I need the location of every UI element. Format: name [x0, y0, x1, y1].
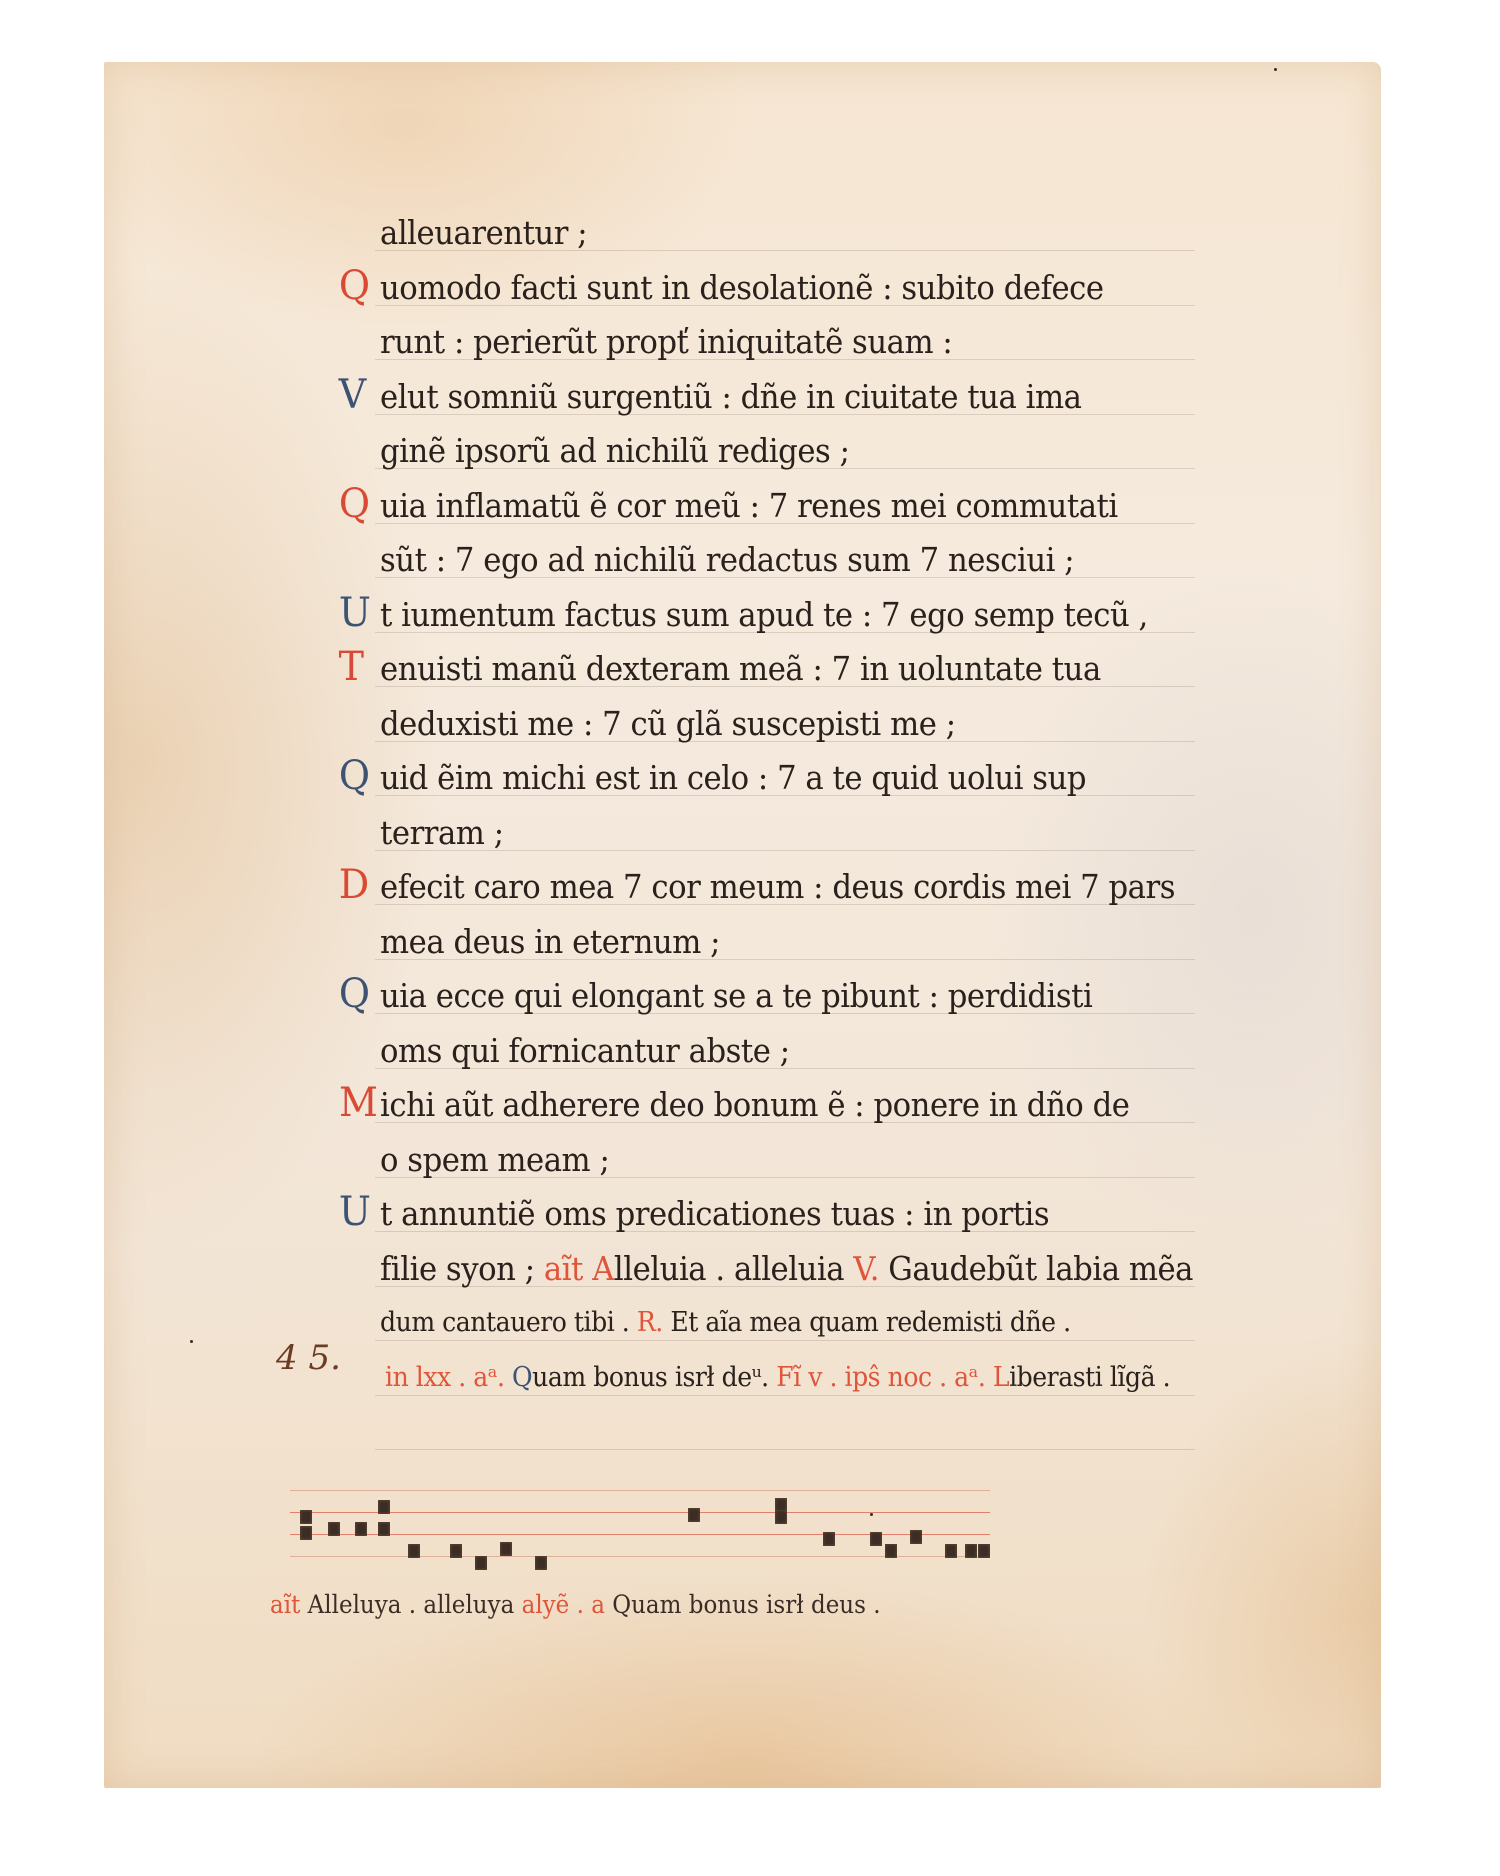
text-line: mea deus in eternum ; — [380, 917, 720, 967]
text-line: oms qui fornicantur abste ; — [380, 1026, 790, 1076]
neume-note — [965, 1544, 977, 1558]
text-line: alleuarentur ; — [380, 208, 587, 258]
ink-speck — [1274, 68, 1277, 71]
rubric-text: Fĩ v . ipŝ noc . aᵃ. L — [776, 1362, 1009, 1393]
text-segment: iberasti lĩgã . — [1009, 1362, 1170, 1393]
text-line: enuisti manũ dexteram meã : 7 in uolunta… — [380, 644, 1101, 694]
initial-letter-red: Q — [339, 261, 370, 311]
text-line: runt : perierũt propť iniquitatẽ suam : — [380, 317, 952, 367]
initial-letter-blue: Q — [339, 969, 370, 1019]
rubric-text: aĩt — [270, 1590, 308, 1619]
text-segment: dum cantauero tibi . — [380, 1307, 637, 1338]
text-line: t iumentum factus sum apud te : 7 ego se… — [380, 590, 1148, 640]
neume-note — [475, 1556, 487, 1570]
initial-letter-blue: U — [339, 1187, 371, 1237]
neume-note — [885, 1544, 897, 1558]
text-segment: Et aĩa mea quam redemisti dñe . — [670, 1307, 1070, 1338]
neume-note — [500, 1542, 512, 1556]
neume-note — [870, 1532, 882, 1546]
neume-note — [450, 1544, 462, 1558]
text-line: efecit caro mea 7 cor meum : deus cordis… — [380, 862, 1175, 912]
marginal-folio-note: 4 5. — [276, 1338, 341, 1378]
neume-note — [328, 1522, 340, 1536]
rubric-text: R. — [637, 1307, 670, 1338]
text-line: deduxisti me : 7 cũ glã suscepisti me ; — [380, 699, 956, 749]
staff-line — [290, 1512, 990, 1513]
text-line: t annuntiẽ oms predicationes tuas : in p… — [380, 1189, 1049, 1239]
initial-letter-red: D — [339, 860, 369, 910]
neume-note — [300, 1510, 312, 1524]
neume-note — [823, 1532, 835, 1546]
neume-note — [688, 1508, 700, 1522]
neume-note — [300, 1526, 312, 1540]
text-line: ginẽ ipsorũ ad nichilũ rediges ; — [380, 426, 849, 476]
ink-speck — [870, 1513, 873, 1516]
rubric-text: in lxx . aᵃ. — [385, 1362, 512, 1393]
initial-letter-red: T — [339, 642, 364, 692]
text-segment: Alleluya . alleluya — [308, 1590, 522, 1619]
text-line: uid ẽim michi est in celo : 7 a te quid … — [380, 753, 1086, 803]
ruling-line — [375, 1449, 1195, 1450]
initial-letter-blue: U — [339, 588, 371, 638]
text-segment: Quam bonus isrł deus . — [612, 1590, 880, 1619]
neume-note — [945, 1544, 957, 1558]
rubric-line: dum cantauero tibi . R. Et aĩa mea quam … — [380, 1298, 1071, 1348]
text-line: ichi aũt adherere deo bonum ẽ : ponere i… — [380, 1080, 1129, 1130]
text-segment: lleluia . alleluia — [614, 1249, 853, 1288]
text-segment: filie syon ; — [380, 1249, 544, 1288]
text-segment: Gaudebũt labia mẽa — [888, 1249, 1193, 1288]
ink-speck — [190, 1340, 193, 1343]
text-line: o spem meam ; — [380, 1135, 609, 1185]
text-line: terram ; — [380, 808, 504, 858]
chant-cue-line: aĩt Alleluya . alleluya alyẽ . a Quam bo… — [270, 1590, 881, 1619]
initial-letter-blue: Q — [339, 751, 370, 801]
initial-letter-blue: V — [339, 370, 366, 420]
text-line: elut somniũ surgentiũ : dñe in ciuitate … — [380, 372, 1081, 422]
neume-note — [910, 1530, 922, 1544]
neume-note — [378, 1522, 390, 1536]
neume-note — [978, 1544, 990, 1558]
neume-note — [408, 1544, 420, 1558]
text-segment: uam bonus isrł deᵘ. — [532, 1362, 776, 1393]
text-line: uia inflamatũ ẽ cor meũ : 7 renes mei co… — [380, 481, 1118, 531]
initial-letter-red: Q — [339, 479, 370, 529]
rubric-line: filie syon ; aĩt Alleluia . alleluia V. … — [380, 1244, 1193, 1294]
text-line: uia ecce qui elongant se a te pibunt : p… — [380, 971, 1092, 1021]
text-line: uomodo facti sunt in desolationẽ : subit… — [380, 263, 1104, 313]
neume-note — [535, 1556, 547, 1570]
text-segment: Q — [512, 1362, 532, 1393]
rubric-text: aĩt A — [544, 1249, 614, 1288]
neume-note — [775, 1510, 787, 1524]
staff-line — [290, 1490, 990, 1491]
initial-letter-red: M — [339, 1078, 378, 1128]
neume-note — [378, 1500, 390, 1514]
text-line: sũt : 7 ego ad nichilũ redactus sum 7 ne… — [380, 535, 1074, 585]
rubric-text: alyẽ . a — [522, 1590, 613, 1619]
rubric-line: in lxx . aᵃ. Quam bonus isrł deᵘ. Fĩ v .… — [385, 1353, 1170, 1403]
rubric-text: V. — [853, 1249, 888, 1288]
neume-note — [355, 1522, 367, 1536]
music-staff — [290, 1482, 990, 1562]
staff-line — [290, 1534, 990, 1535]
